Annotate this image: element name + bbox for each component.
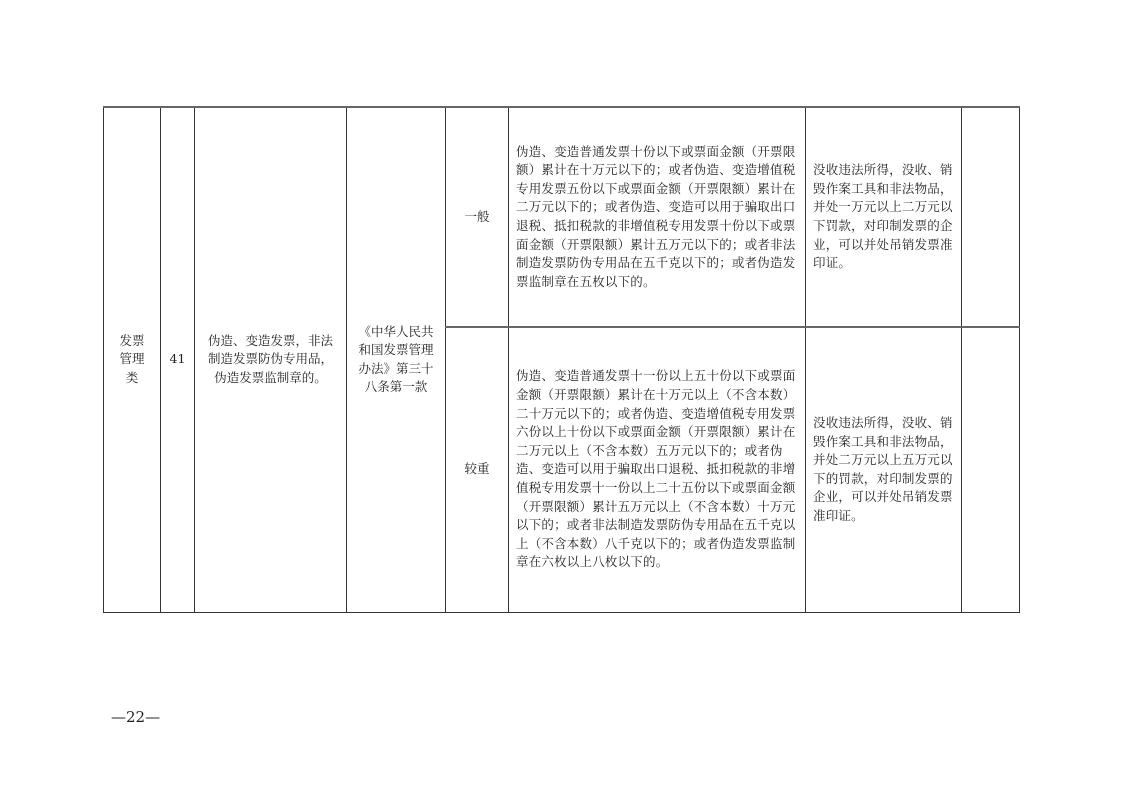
legal-basis-text: 《中华人民共和国发票管理办法》第三十八条第一款 (358, 324, 433, 395)
note-cell (962, 327, 1020, 612)
circumstance-text: 伪造、变造普通发票十份以下或票面金额（开票限额）累计在十万元以下的；或者伪造、变… (516, 144, 795, 289)
level-cell: 一般 (446, 107, 509, 327)
penalty-cell: 没收违法所得，没收、销毁作案工具和非法物品，并处一万元以上二万元以下罚款，对印制… (806, 107, 962, 327)
item-number-cell: 41 (161, 107, 195, 612)
penalty-cell: 没收违法所得，没收、销毁作案工具和非法物品，并处二万元以上五万元以下的罚款，对印… (806, 327, 962, 612)
violation-text: 伪造、变造发票，非法制造发票防伪专用品，伪造发票监制章的。 (208, 333, 333, 385)
category-text: 发票 管理 类 (118, 332, 146, 388)
note-cell (962, 107, 1020, 327)
penalty-text: 没收违法所得，没收、销毁作案工具和非法物品，并处一万元以上二万元以下罚款，对印制… (813, 162, 953, 270)
level-cell: 较重 (446, 327, 509, 612)
penalty-text: 没收违法所得，没收、销毁作案工具和非法物品，并处二万元以上五万元以下的罚款，对印… (813, 415, 953, 523)
circumstance-cell: 伪造、变造普通发票十份以下或票面金额（开票限额）累计在十万元以下的；或者伪造、变… (509, 107, 806, 327)
circumstance-text: 伪造、变造普通发票十一份以上五十份以下或票面金额（开票限额）累计在十万元以上（不… (516, 368, 795, 569)
penalty-standards-table: 发票 管理 类 41 伪造、变造发票，非法制造发票防伪专用品，伪造发票监制章的。… (103, 106, 1020, 613)
page-number: —22— (111, 708, 160, 726)
level-text: 一般 (464, 209, 489, 224)
item-number: 41 (170, 351, 186, 366)
level-text: 较重 (464, 461, 489, 476)
legal-basis-cell: 《中华人民共和国发票管理办法》第三十八条第一款 (347, 107, 446, 612)
table-row: 发票 管理 类 41 伪造、变造发票，非法制造发票防伪专用品，伪造发票监制章的。… (104, 107, 1020, 327)
category-cell: 发票 管理 类 (104, 107, 161, 612)
violation-cell: 伪造、变造发票，非法制造发票防伪专用品，伪造发票监制章的。 (195, 107, 347, 612)
circumstance-cell: 伪造、变造普通发票十一份以上五十份以下或票面金额（开票限额）累计在十万元以上（不… (509, 327, 806, 612)
